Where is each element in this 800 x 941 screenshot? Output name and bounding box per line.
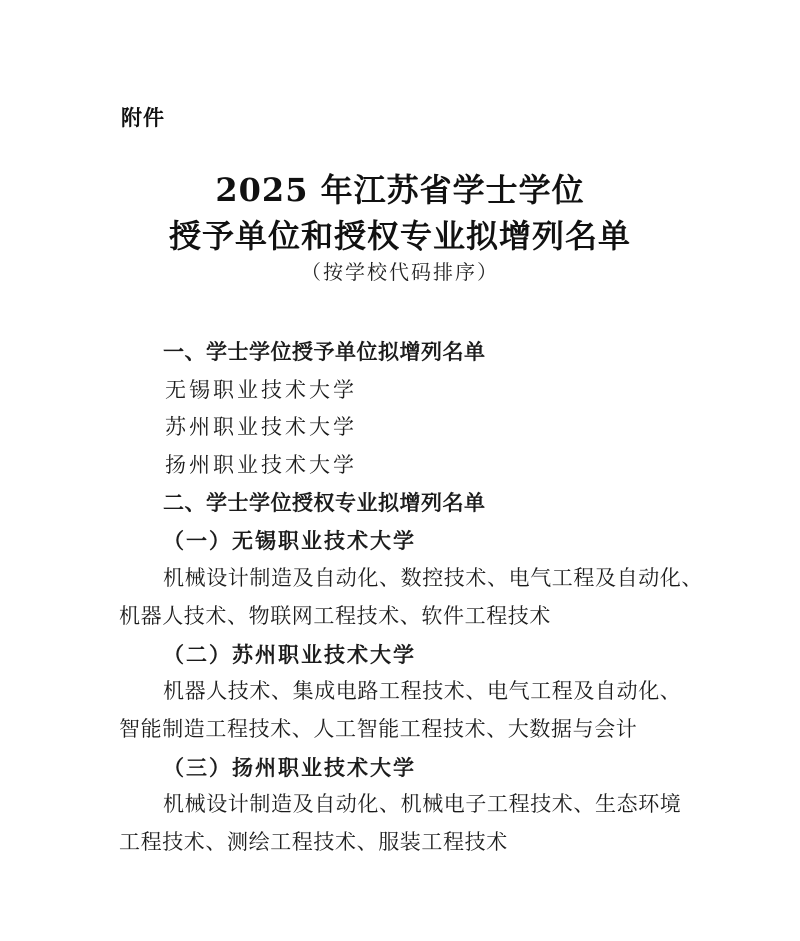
section-2-heading: 二、学士学位授权专业拟增列名单: [119, 485, 699, 523]
majors-line: 智能制造工程技术、人工智能工程技术、大数据与会计: [119, 711, 699, 749]
school-list-item: 苏州职业技术大学: [119, 409, 699, 447]
document-body: 一、学士学位授予单位拟增列名单 无锡职业技术大学 苏州职业技术大学 扬州职业技术…: [119, 334, 699, 862]
majors-line: 机械设计制造及自动化、机械电子工程技术、生态环境: [119, 786, 699, 824]
group-1-majors: 机械设计制造及自动化、数控技术、电气工程及自动化、 机器人技术、物联网工程技术、…: [119, 560, 699, 635]
group-2-majors: 机器人技术、集成电路工程技术、电气工程及自动化、 智能制造工程技术、人工智能工程…: [119, 673, 699, 748]
document-title-line-2: 授予单位和授权专业拟增列名单: [0, 214, 800, 258]
majors-line: 机械设计制造及自动化、数控技术、电气工程及自动化、: [119, 560, 699, 598]
group-1-label: （一）无锡职业技术大学: [119, 522, 699, 560]
majors-line: 机器人技术、物联网工程技术、软件工程技术: [119, 598, 699, 636]
majors-line: 机器人技术、集成电路工程技术、电气工程及自动化、: [119, 673, 699, 711]
section-1-heading: 一、学士学位授予单位拟增列名单: [119, 334, 699, 372]
school-list-item: 无锡职业技术大学: [119, 372, 699, 410]
group-2-label: （二）苏州职业技术大学: [119, 636, 699, 674]
document-page: 附件 2025 年江苏省学士学位 授予单位和授权专业拟增列名单 （按学校代码排序…: [0, 0, 800, 941]
attachment-label: 附件: [121, 104, 165, 132]
school-list-item: 扬州职业技术大学: [119, 447, 699, 485]
document-subtitle: （按学校代码排序）: [0, 258, 800, 286]
group-3-label: （三）扬州职业技术大学: [119, 749, 699, 787]
document-title-line-1: 2025 年江苏省学士学位: [0, 168, 800, 212]
group-3-majors: 机械设计制造及自动化、机械电子工程技术、生态环境 工程技术、测绘工程技术、服装工…: [119, 786, 699, 861]
majors-line: 工程技术、测绘工程技术、服装工程技术: [119, 824, 699, 862]
